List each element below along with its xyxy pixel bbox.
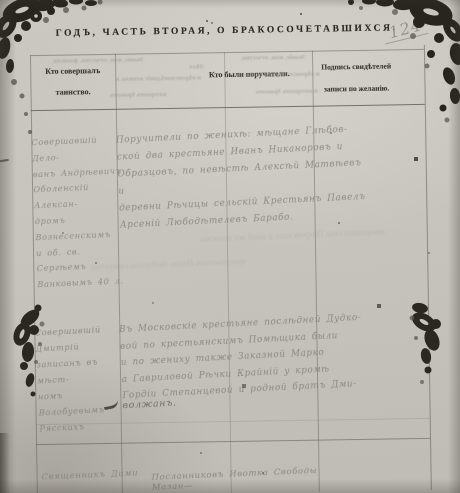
bleed-fragment: Лѣта [189, 63, 204, 70]
bleed-fragment: и вѣроисповѣданіе невѣсты [237, 71, 319, 79]
scanned-register-page: ГОДЪ, ЧАСТЬ ВТОРАЯ, О БРАКОСОЧЕТАВШИХСЯ.… [0, 0, 460, 493]
floral-ornament-top-left [0, 0, 126, 156]
grid-row-separator [36, 438, 430, 445]
entry3-performer-handwriting: Священникъ Дими [41, 468, 156, 483]
bleed-fragment: Званіе, имя, отчество, [241, 54, 305, 62]
bleed-fragment: и которымъ бракомъ [256, 88, 318, 96]
entry2-witnesses-handwriting: Въ Московскіе крестьяне послѣдней Дудко-… [119, 309, 373, 404]
floral-ornament-left-middle [0, 296, 55, 406]
bleed-fragment: и вѣроисповѣданіе жениха, и [115, 74, 201, 82]
margin-dash-mark [0, 159, 9, 162]
entry1-witnesses-handwriting: Поручители по женихѣ: мѣщане Глѣбов- ско… [116, 121, 371, 235]
floral-ornament-top-right [335, 0, 460, 126]
grid-vline-2 [224, 52, 232, 493]
grid-vline-3 [312, 51, 320, 492]
entry3-witnesses-handwriting: Посланниковъ Ивотка Свободы Мазан— [151, 465, 352, 493]
paper-specks [0, 0, 2, 2]
floral-ornament-right-middle [398, 294, 453, 389]
